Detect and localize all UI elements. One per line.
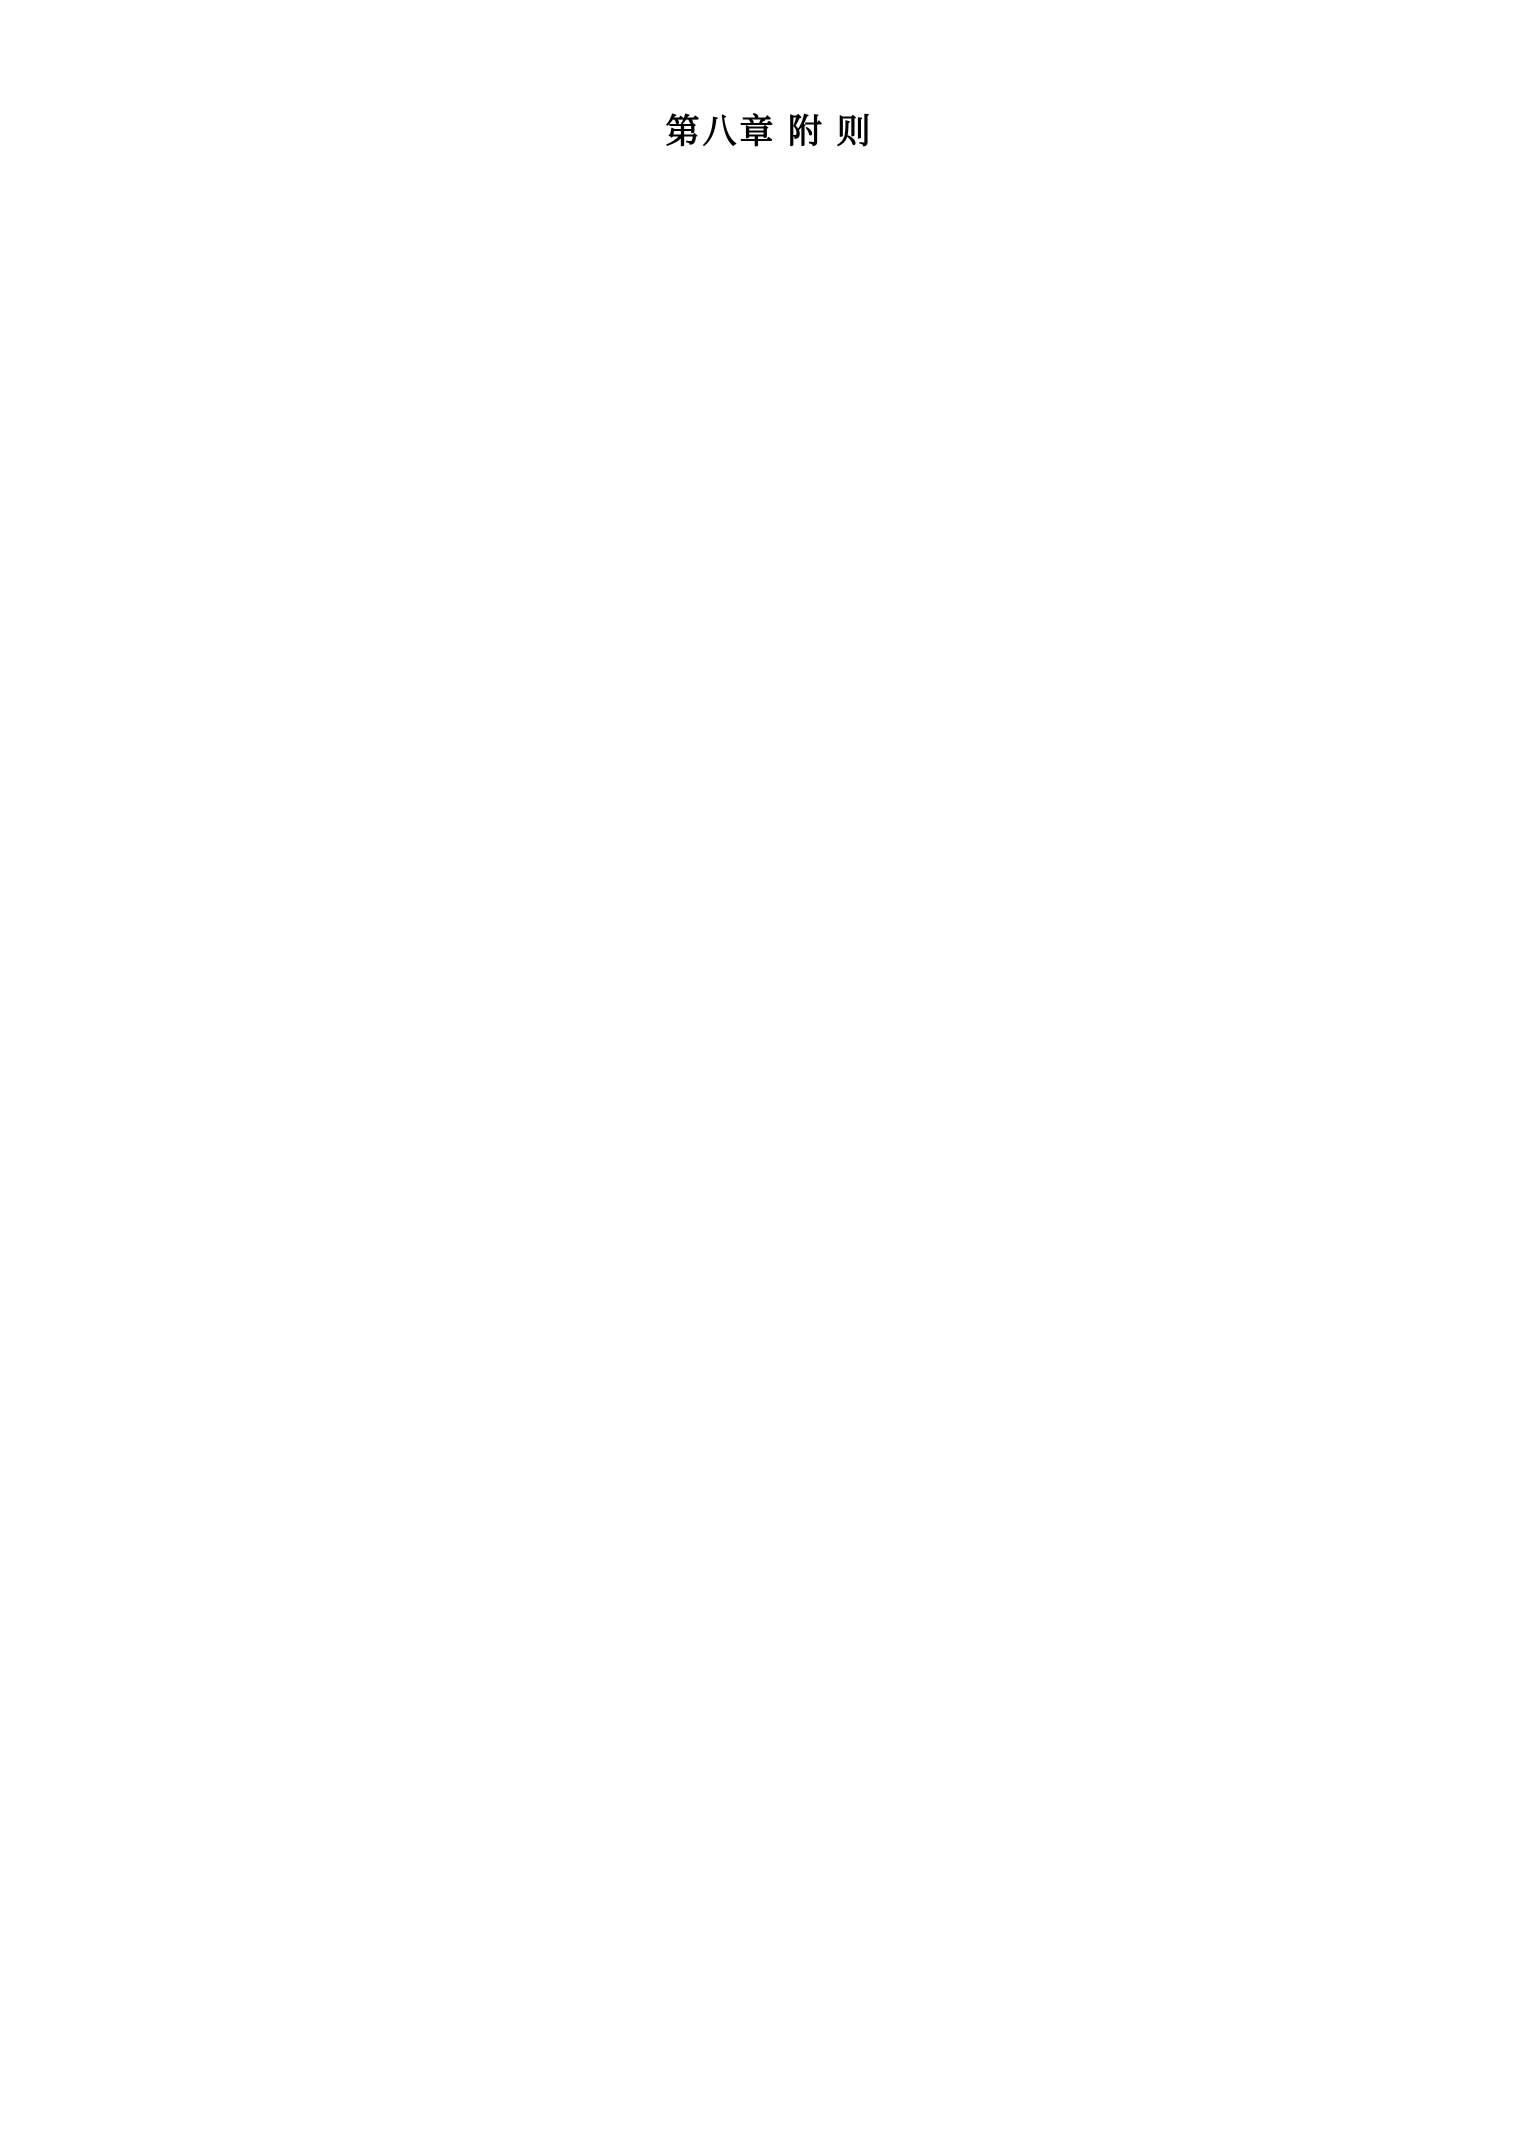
document-body: 第八章 附 则 xyxy=(64,106,1475,160)
chapter-heading: 第八章 附 则 xyxy=(64,106,1475,160)
document-page: 第八章 附 则 xyxy=(0,0,1520,2150)
